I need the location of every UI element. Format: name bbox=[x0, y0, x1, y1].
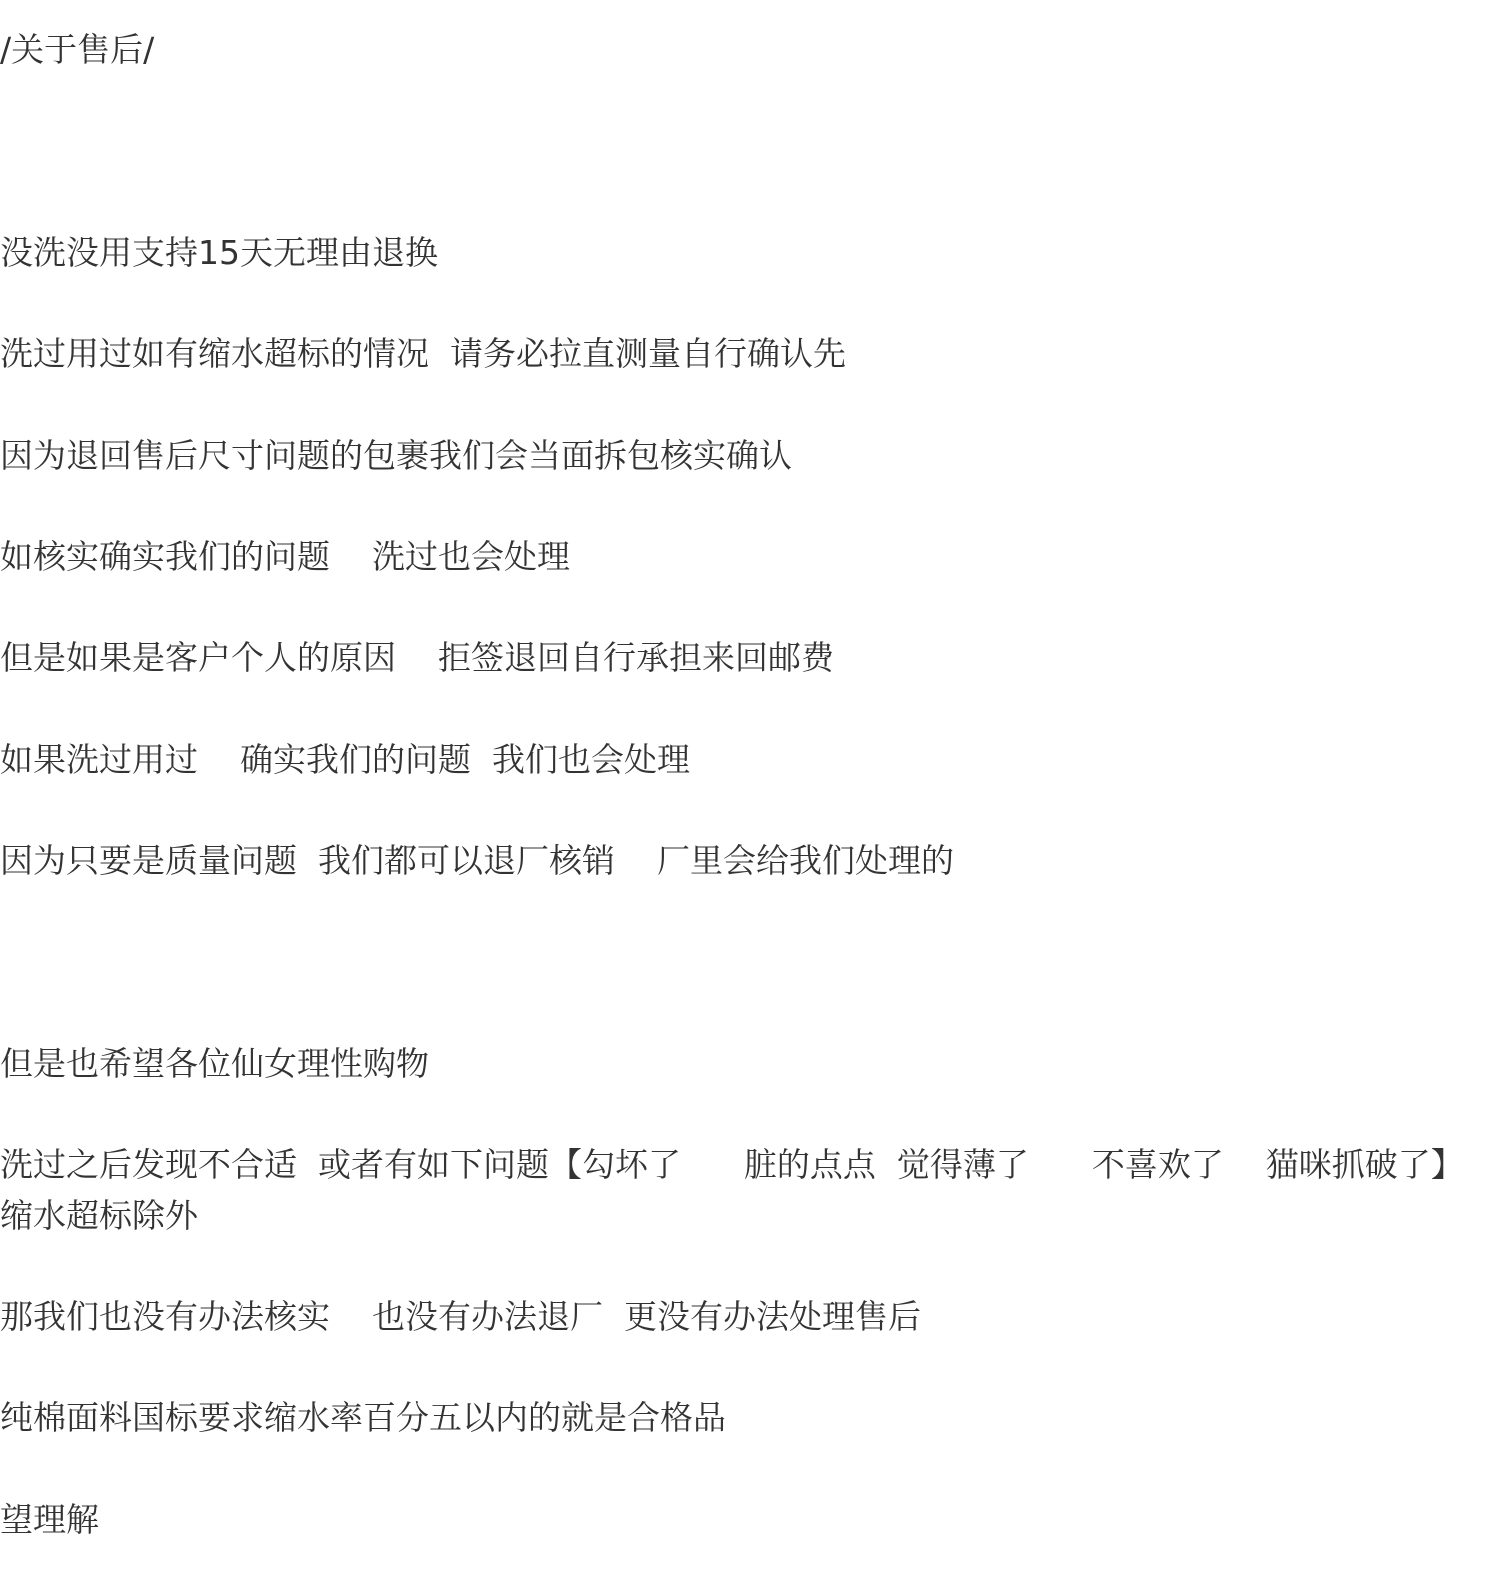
paragraph-package-inspection: 因为退回售后尺寸问题的包裹我们会当面拆包核实确认 bbox=[0, 430, 1496, 481]
paragraph-exclusions: 洗过之后发现不合适 或者有如下问题【勾坏了 脏的点点 觉得薄了 不喜欢了 猫咪抓… bbox=[0, 1139, 1496, 1241]
page-title: /关于售后/ bbox=[0, 24, 1496, 75]
paragraph-shrinkage-check: 洗过用过如有缩水超标的情况 请务必拉直测量自行确认先 bbox=[0, 328, 1496, 379]
paragraph-rational-shopping: 但是也希望各位仙女理性购物 bbox=[0, 1038, 1496, 1089]
paragraph-cannot-process: 那我们也没有办法核实 也没有办法退厂 更没有办法处理售后 bbox=[0, 1291, 1496, 1342]
paragraph-our-fault: 如核实确实我们的问题 洗过也会处理 bbox=[0, 531, 1496, 582]
paragraph-closing: 望理解 bbox=[0, 1494, 1496, 1545]
paragraph-quality-issue: 因为只要是质量问题 我们都可以退厂核销 厂里会给我们处理的 bbox=[0, 835, 1496, 886]
paragraph-cotton-standard: 纯棉面料国标要求缩水率百分五以内的就是合格品 bbox=[0, 1392, 1496, 1443]
paragraph-washed-used: 如果洗过用过 确实我们的问题 我们也会处理 bbox=[0, 734, 1496, 785]
paragraph-customer-fault: 但是如果是客户个人的原因 拒签退回自行承担来回邮费 bbox=[0, 632, 1496, 683]
paragraph-return-policy: 没洗没用支持15天无理由退换 bbox=[0, 227, 1496, 278]
